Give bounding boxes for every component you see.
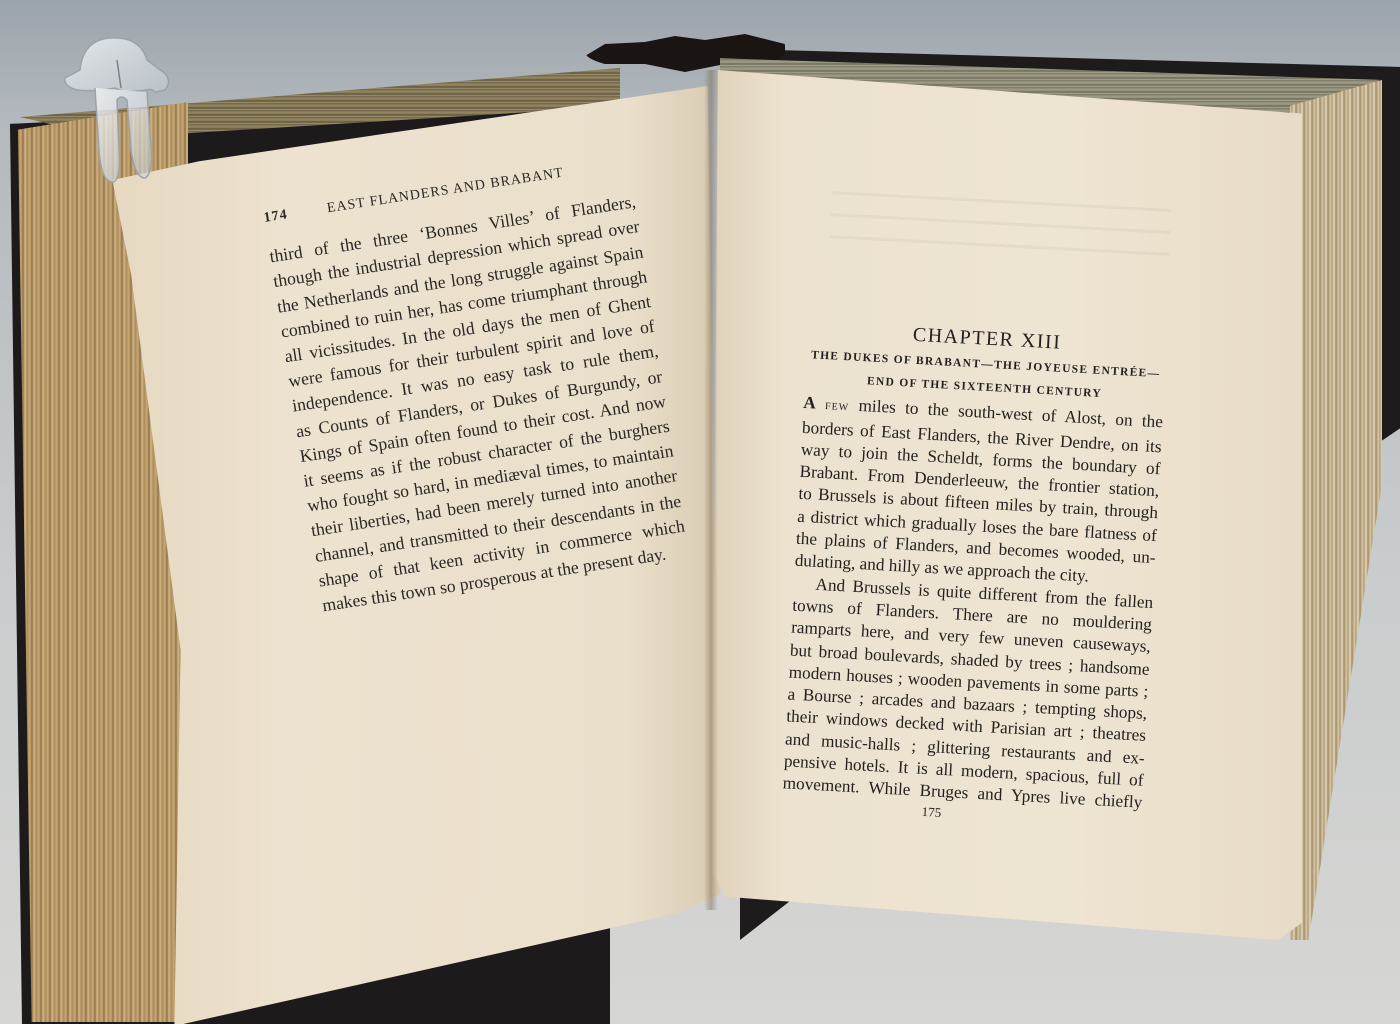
page-stack-fore-edge-right [1290, 80, 1382, 940]
right-page-text: CHAPTER XIII THE DUKES OF BRABANT—THE JO… [781, 318, 1167, 835]
drop-word: A [803, 393, 816, 413]
book-photo-scene: 174 EAST FLANDERS AND BRABANT third of t… [0, 0, 1400, 1024]
bookmark-clip-icon[interactable] [55, 30, 185, 195]
page-number-left: 174 [262, 202, 289, 231]
small-caps-word: few [825, 398, 850, 414]
left-page-text: 174 EAST FLANDERS AND BRABANT third of t… [262, 151, 690, 619]
book-gutter [704, 70, 718, 910]
